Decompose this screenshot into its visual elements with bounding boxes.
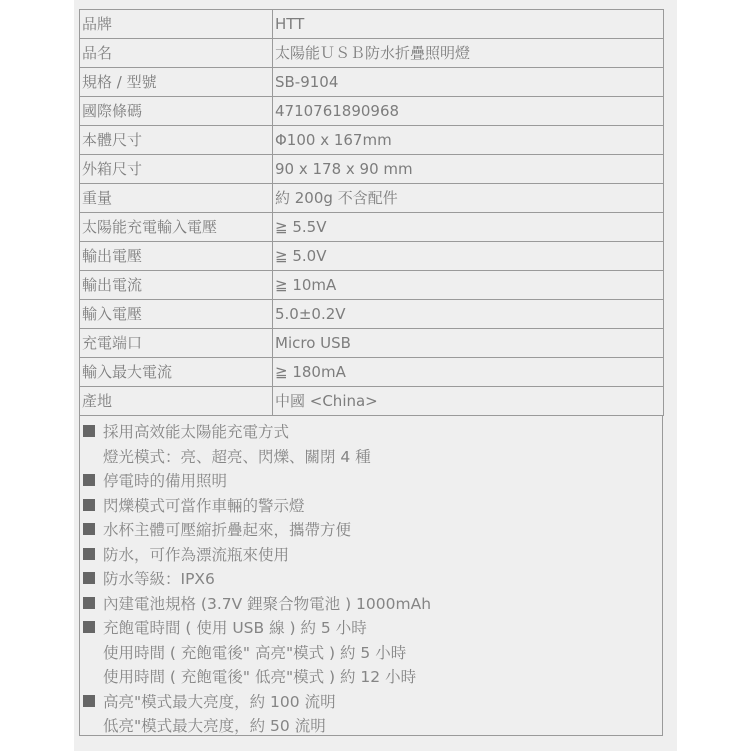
spec-value: 4710761890968 [273,97,664,126]
spec-label: 產地 [80,387,273,416]
list-item: 防水，可作為漂流瓶來使用 [80,542,662,567]
feature-text: 高亮"模式最大亮度，約 100 流明 [103,690,336,712]
spec-label: 品牌 [80,10,273,39]
feature-list: 採用高效能太陽能充電方式 燈光模式：亮、超亮、閃爍、關閉 4 種 停電時的備用照… [79,416,663,736]
square-bullet-icon [83,425,95,437]
spec-value: ≧ 5.0V [273,242,664,271]
table-row: 輸入電壓5.0±0.2V [80,300,664,329]
spec-value: Micro USB [273,329,664,358]
feature-text: 內建電池規格 (3.7V 鋰聚合物電池 ) 1000mAh [103,592,431,614]
spec-label: 外箱尺寸 [80,155,273,184]
table-row: 太陽能充電輸入電壓≧ 5.5V [80,213,664,242]
feature-text: 停電時的備用照明 [103,469,227,491]
spec-value: 太陽能ＵＳＢ防水折疊照明燈 [273,39,664,68]
spec-label: 輸入電壓 [80,300,273,329]
spec-label: 重量 [80,184,273,213]
spec-label: 輸出電流 [80,271,273,300]
spec-value: 5.0±0.2V [273,300,664,329]
feature-text: 燈光模式：亮、超亮、閃爍、關閉 4 種 [103,445,371,467]
spec-value: SB-9104 [273,68,664,97]
square-bullet-icon [83,597,95,609]
feature-text: 採用高效能太陽能充電方式 [103,420,289,442]
table-row: 輸出電流≧ 10mA [80,271,664,300]
spec-label: 本體尺寸 [80,126,273,155]
spec-value: 約 200g 不含配件 [273,184,664,213]
spec-label: 充電端口 [80,329,273,358]
feature-text: 防水，可作為漂流瓶來使用 [103,543,289,565]
square-bullet-icon [83,548,95,560]
table-row: 產地中國 <China> [80,387,664,416]
square-bullet-icon [83,474,95,486]
table-row: 輸入最大電流≧ 180mA [80,358,664,387]
table-row: 外箱尺寸90 x 178 x 90 mm [80,155,664,184]
spec-value: ≧ 10mA [273,271,664,300]
feature-text: 使用時間 ( 充飽電後" 高亮"模式 ) 約 5 小時 [103,641,406,663]
table-row: 規格 / 型號SB-9104 [80,68,664,97]
spec-value: 中國 <China> [273,387,664,416]
feature-text: 閃爍模式可當作車輛的警示燈 [103,494,305,516]
feature-text: 低亮"模式最大亮度，約 50 流明 [103,714,326,736]
spec-label: 輸出電壓 [80,242,273,271]
feature-text: 防水等級：IPX6 [103,567,215,589]
feature-text: 水杯主體可壓縮折疊起來，攜帶方便 [103,518,351,540]
spec-value: 90 x 178 x 90 mm [273,155,664,184]
table-row: 國際條碼4710761890968 [80,97,664,126]
spec-label: 規格 / 型號 [80,68,273,97]
spec-value: ≧ 180mA [273,358,664,387]
list-item: 防水等級：IPX6 [80,566,662,591]
list-item: 高亮"模式最大亮度，約 100 流明 [80,689,662,714]
spec-value: Φ100 x 167mm [273,126,664,155]
square-bullet-icon [83,499,95,511]
spec-label: 太陽能充電輸入電壓 [80,213,273,242]
list-item: 低亮"模式最大亮度，約 50 流明 [80,713,662,738]
list-item: 採用高效能太陽能充電方式 [80,419,662,444]
list-item: 燈光模式：亮、超亮、閃爍、關閉 4 種 [80,444,662,469]
table-row: 本體尺寸Φ100 x 167mm [80,126,664,155]
spec-table: 品牌HTT 品名太陽能ＵＳＢ防水折疊照明燈 規格 / 型號SB-9104 國際條… [79,9,664,416]
list-item: 使用時間 ( 充飽電後" 低亮"模式 ) 約 12 小時 [80,664,662,689]
square-bullet-icon [83,572,95,584]
list-item: 充飽電時間 ( 使用 USB 線 ) 約 5 小時 [80,615,662,640]
list-item: 水杯主體可壓縮折疊起來，攜帶方便 [80,517,662,542]
table-row: 品牌HTT [80,10,664,39]
list-item: 內建電池規格 (3.7V 鋰聚合物電池 ) 1000mAh [80,591,662,616]
spec-value: HTT [273,10,664,39]
list-item: 閃爍模式可當作車輛的警示燈 [80,493,662,518]
spec-label: 輸入最大電流 [80,358,273,387]
table-row: 重量約 200g 不含配件 [80,184,664,213]
square-bullet-icon [83,695,95,707]
list-item: 使用時間 ( 充飽電後" 高亮"模式 ) 約 5 小時 [80,640,662,665]
feature-text: 充飽電時間 ( 使用 USB 線 ) 約 5 小時 [103,616,367,638]
spec-value: ≧ 5.5V [273,213,664,242]
spec-label: 品名 [80,39,273,68]
table-row: 輸出電壓≧ 5.0V [80,242,664,271]
table-row: 品名太陽能ＵＳＢ防水折疊照明燈 [80,39,664,68]
list-item: 停電時的備用照明 [80,468,662,493]
feature-text: 使用時間 ( 充飽電後" 低亮"模式 ) 約 12 小時 [103,665,416,687]
table-row: 充電端口Micro USB [80,329,664,358]
square-bullet-icon [83,621,95,633]
square-bullet-icon [83,523,95,535]
spec-label: 國際條碼 [80,97,273,126]
